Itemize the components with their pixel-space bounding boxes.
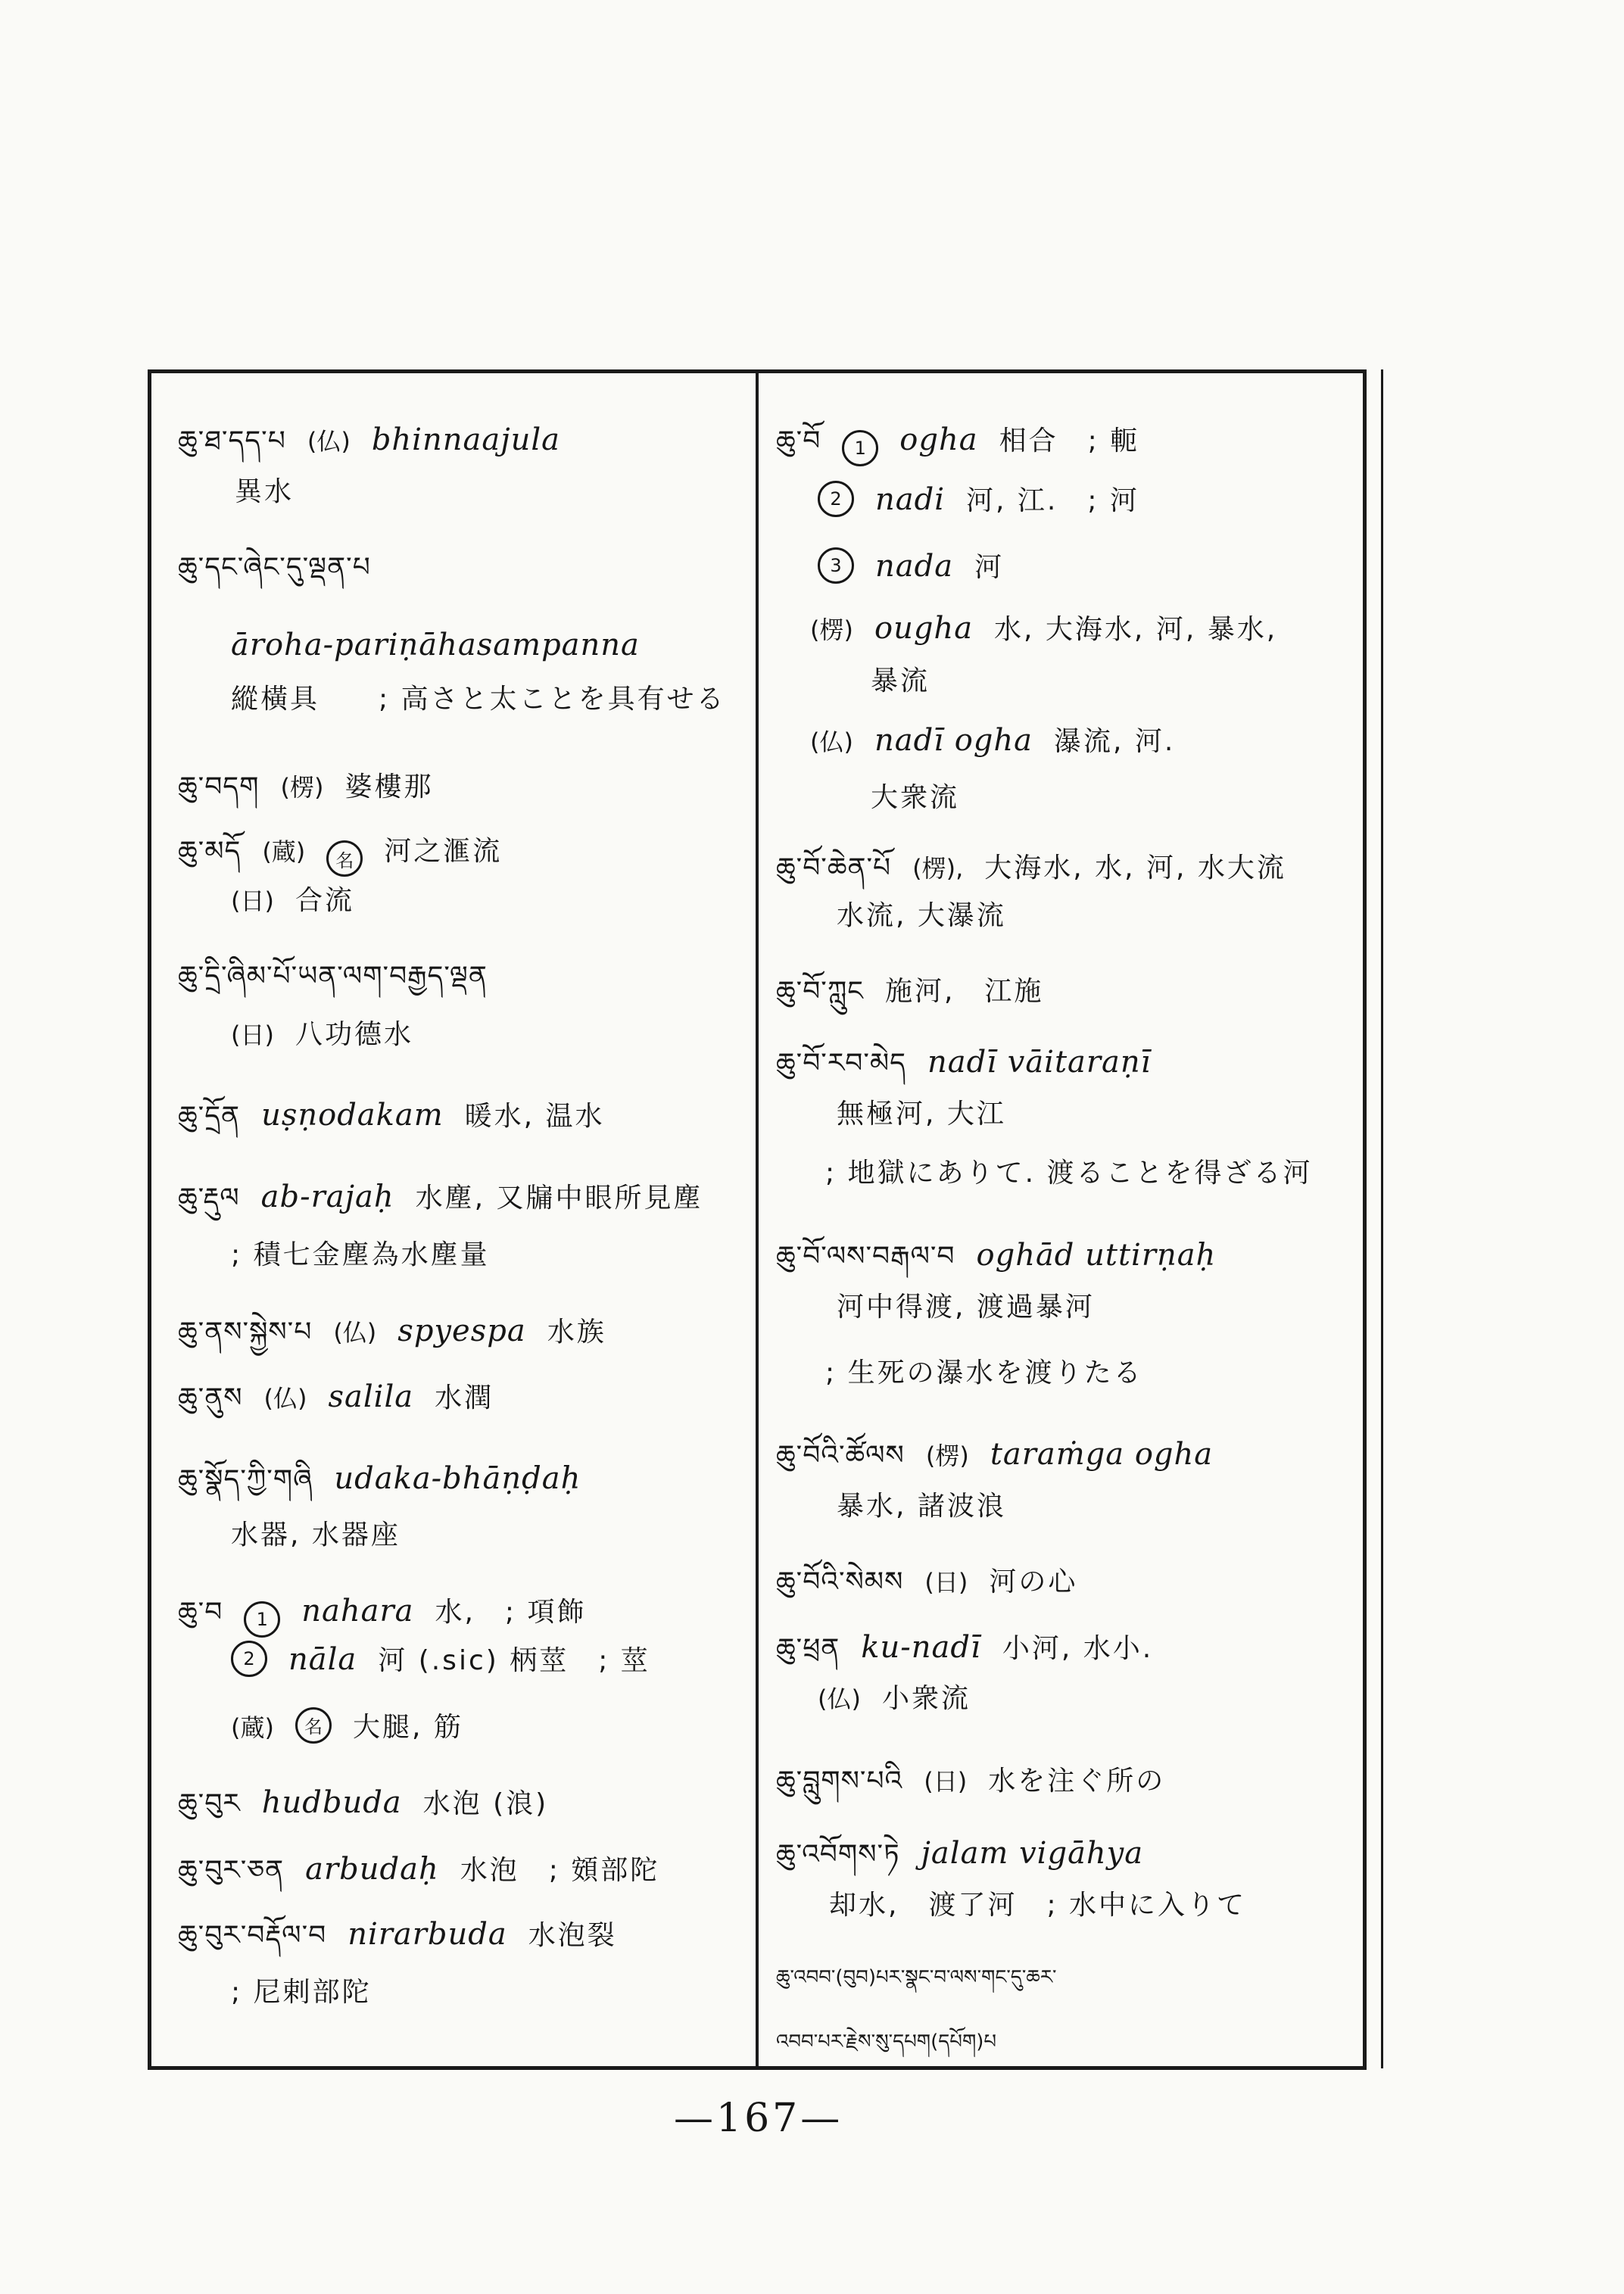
entry-line: ཆུ་བུར hudbuda 水泡 (浪) (178, 1772, 548, 1850)
sanskrit-term: nadi (875, 482, 945, 517)
entry-line: 暴水, 諸波浪 (837, 1485, 1006, 1523)
source-marker: (仏) (264, 1379, 307, 1414)
tibetan-headword: ཆུ་བོའི་སེམས (776, 1551, 903, 1628)
entry-line: ཆུ་བླུགས་པའི (日) 水を注ぐ所の (776, 1750, 1165, 1827)
cjk-gloss: 河之滙流 (384, 830, 502, 868)
sanskrit-term: udaka-bhāṇḍaḥ (334, 1461, 581, 1496)
column-divider (756, 373, 759, 2066)
tibetan-headword: ཆུ་བླུགས་པའི (776, 1750, 902, 1827)
entry-line: (仏) nadī ogha 瀑流, 河. (810, 720, 1175, 759)
cjk-gloss: 水泡 ; 頞部陀 (460, 1849, 660, 1887)
entry-line: འབབ་པར་རྗེས་སུ་དཔག(དཔོག)པ (776, 2020, 996, 2075)
cjk-gloss: 河の心 (989, 1560, 1077, 1599)
entry-line: ; 積七金塵為水塵量 (231, 1233, 490, 1272)
entry-line: 2 nāla 河 (.sic) 柄莖 ; 莖 (231, 1639, 650, 1678)
source-marker: (仏) (307, 422, 351, 457)
entry-line: ཆུ་རྡུལ ab-rajaḥ 水塵, 又牖中眼所見塵 (178, 1167, 703, 1244)
tibetan-headword: ཆུ་དྲོན (178, 1085, 240, 1162)
cjk-gloss: 小衆流 (882, 1677, 971, 1716)
cjk-gloss: 水流, 大瀑流 (837, 894, 1006, 933)
scanned-dictionary-page: { "page": { "number": "—167—", "ink": "#… (0, 0, 1624, 2294)
cjk-gloss: 合流 (295, 879, 354, 918)
cjk-gloss: 暴流 (871, 659, 930, 698)
source-marker: (日) (924, 1563, 968, 1598)
source-marker: (蔵) (262, 833, 305, 868)
sanskrit-term: uṣṇodakam (261, 1098, 444, 1133)
tibetan-continuation: འབབ་པར་རྗེས་སུ་དཔག(དཔོག)པ (776, 2020, 996, 2075)
cjk-gloss: 河 (.sic) 柄莖 ; 莖 (378, 1639, 650, 1678)
entry-line: 河中得渡, 渡過暴河 (837, 1286, 1095, 1324)
sanskrit-term: bhinnaajula (372, 422, 560, 457)
entry-line: 2 nadi 河, 江. ; 河 (818, 479, 1139, 518)
source-marker: (仏) (333, 1314, 376, 1348)
source-marker: (蔵) (231, 1709, 274, 1744)
sanskrit-term: spyespa (397, 1314, 525, 1348)
cjk-gloss: 相合 ; 軛 (999, 419, 1140, 458)
entry-line: 縱橫具 ; 高さと太ことを具有せる (231, 678, 726, 716)
entry-line: ཆུ་བོ 1 ogha 相合 ; 軛 (776, 410, 1139, 487)
sanskrit-term: nāla (288, 1642, 357, 1677)
source-marker: (仏) (818, 1680, 861, 1715)
cjk-gloss: 河中得渡, 渡過暴河 (837, 1286, 1095, 1324)
cjk-gloss: 水を注ぐ所の (988, 1759, 1165, 1798)
sanskrit-term: oghād uttirṇaḥ (977, 1238, 1217, 1273)
tibetan-headword: ཆུ་བོ་ཀླུང (776, 960, 864, 1037)
entry-line: 異水 (235, 470, 294, 509)
sanskrit-term: nadī ogha (874, 723, 1033, 758)
entry-line: 3 nada 河 (818, 546, 1004, 584)
cjk-gloss: 暖水, 温水 (465, 1095, 605, 1133)
cjk-gloss: ; 積七金塵為水塵量 (231, 1233, 490, 1272)
cjk-gloss: 水, 大海水, 河, 暴水, (994, 608, 1277, 647)
entry-line: ; 尼剌部陀 (231, 1971, 372, 2009)
source-marker: (日) (924, 1763, 967, 1797)
cjk-gloss: 水器, 水器座 (231, 1513, 401, 1552)
entry-line: āroha-pariṇāhasampanna (231, 628, 640, 662)
tibetan-headword: ཆུ་བོ (776, 410, 821, 487)
cjk-gloss: 水泡裂 (528, 1914, 617, 1953)
entry-line: ཆུ་འབབ་(བུབ)པར་སྣང་བ་ལས་གང་དུ་ཆར་ (776, 1956, 1056, 2011)
cjk-gloss: 却水, 渡了河 ; 水中に入りて (829, 1884, 1246, 1922)
entry-line: (蔵) 名 大腿, 筋 (231, 1706, 463, 1744)
cjk-gloss: ; 生死の瀑水を渡りたる (825, 1351, 1143, 1390)
circled-number: 2 (231, 1641, 267, 1677)
cjk-gloss: 縱橫具 ; 高さと太ことを具有せる (231, 678, 726, 716)
cjk-gloss: 無極河, 大江 (837, 1092, 1006, 1131)
circled-noun-mark: 名 (326, 840, 363, 877)
entry-line: 却水, 渡了河 ; 水中に入りて (829, 1884, 1246, 1922)
tibetan-headword: ཆུ་བུར་བརྡོལ་བ (178, 1904, 326, 1981)
cjk-gloss: 瀑流, 河. (1054, 720, 1175, 759)
entry-line: (楞) ougha 水, 大海水, 河, 暴水, (810, 608, 1277, 647)
cjk-gloss: 河 (974, 546, 1004, 584)
source-marker: (日) (231, 1016, 274, 1051)
entry-line: ; 地獄にありて. 渡ることを得ざる河 (825, 1152, 1312, 1190)
cjk-gloss: 小河, 水小. (1002, 1627, 1153, 1666)
sanskrit-term: ougha (874, 611, 973, 646)
circled-number: 1 (842, 430, 878, 466)
source-marker: (日) (231, 882, 274, 917)
sanskrit-term: jalam vigāhya (921, 1836, 1144, 1871)
entry-line: 大衆流 (871, 776, 959, 815)
entry-line: ཆུ་བོ་ཀླུང 施河, 江施 (776, 960, 1043, 1037)
sanskrit-term: ku-nadī (861, 1630, 981, 1665)
entry-line: ཆུ་དྲི་ཞིམ་པོ་ཡན་ལག་བརྒྱད་ལྡན (178, 945, 488, 1022)
page-frame: ཆུ་ཐ་དད་པ (仏) bhinnaajula 異水 ཆུ་དང་ཞེང་ད… (148, 369, 1367, 2070)
source-marker: (仏) (810, 723, 853, 758)
tibetan-headword: ཆུ་དང་ཞེང་དུ་ལྡན་པ (178, 536, 371, 613)
cjk-gloss: 暴水, 諸波浪 (837, 1485, 1006, 1523)
circled-noun-mark: 名 (295, 1707, 332, 1744)
entry-line: 水流, 大瀑流 (837, 894, 1006, 933)
entry-line: ཆུ་དང་ཞེང་དུ་ལྡན་པ (178, 536, 371, 613)
circled-number: 2 (818, 481, 854, 517)
sanskrit-term: ab-rajaḥ (261, 1180, 394, 1214)
cjk-gloss: 施河, 江施 (885, 970, 1043, 1008)
sanskrit-term: salila (329, 1379, 414, 1414)
circled-number: 3 (818, 547, 854, 584)
entry-line: ; 生死の瀑水を渡りたる (825, 1351, 1143, 1390)
sanskrit-term: nirarbuda (348, 1917, 507, 1952)
page-number: —167— (674, 2096, 843, 2141)
entry-line: (仏) 小衆流 (818, 1677, 971, 1716)
cjk-gloss: ; 尼剌部陀 (231, 1971, 372, 2009)
entry-line: ཆུ་དྲོན uṣṇodakam 暖水, 温水 (178, 1085, 605, 1162)
cjk-gloss: 水泡 (浪) (423, 1782, 549, 1821)
cjk-gloss: 水潤 (435, 1376, 494, 1415)
source-marker: (楞), (912, 849, 963, 884)
tibetan-headword: ཆུ་བ (178, 1581, 223, 1658)
sanskrit-term: nada (875, 549, 953, 584)
cjk-gloss: 水, ; 項飾 (435, 1591, 586, 1629)
tibetan-headword: ཆུ་ནུས (178, 1367, 243, 1444)
tibetan-headword: ཆུ་རྡུལ (178, 1167, 240, 1244)
cjk-gloss: 大海水, 水, 河, 水大流 (984, 846, 1286, 885)
entry-line: 無極河, 大江 (837, 1092, 1006, 1131)
tibetan-headword: ཆུ་དྲི་ཞིམ་པོ་ཡན་ལག་བརྒྱད་ལྡན (178, 945, 488, 1022)
entry-line: 水器, 水器座 (231, 1513, 401, 1552)
sanskrit-term: taraṁga ogha (990, 1437, 1213, 1472)
sanskrit-term: nahara (301, 1594, 413, 1629)
sanskrit-term: nadī vāitaraṇī (927, 1045, 1151, 1080)
cjk-gloss: 水塵, 又牖中眼所見塵 (416, 1177, 703, 1215)
cjk-gloss: 河, 江. ; 河 (966, 479, 1139, 518)
tibetan-headword: ཆུ་བུར (178, 1772, 241, 1850)
sanskrit-term: ogha (899, 422, 977, 457)
cjk-gloss: 大衆流 (871, 776, 959, 815)
cjk-gloss: 八功德水 (295, 1013, 413, 1052)
outer-right-rule (1381, 369, 1383, 2068)
sanskrit-term: arbudaḥ (305, 1852, 439, 1887)
entry-line: ཆུ་ནུས (仏) salila 水潤 (178, 1367, 494, 1444)
source-marker: (楞) (926, 1437, 969, 1472)
entry-line: ཆུ་བོའི་སེམས (日) 河の心 (776, 1551, 1077, 1628)
cjk-gloss: 婆樓那 (344, 765, 433, 804)
cjk-gloss: 水族 (547, 1311, 606, 1349)
cjk-gloss: ; 地獄にありて. 渡ることを得ざる河 (825, 1152, 1312, 1190)
entry-line: (日) 八功德水 (231, 1013, 413, 1052)
cjk-gloss: 大腿, 筋 (353, 1706, 463, 1744)
source-marker: (楞) (280, 768, 323, 803)
entry-line: ཆུ་བུར་བརྡོལ་བ nirarbuda 水泡裂 (178, 1904, 617, 1981)
entry-line: (日) 合流 (231, 879, 354, 918)
sanskrit-term: āroha-pariṇāhasampanna (231, 628, 640, 662)
circled-number: 1 (244, 1601, 280, 1638)
sanskrit-term: hudbuda (262, 1785, 402, 1820)
entry-line: 暴流 (871, 659, 930, 698)
tibetan-headword: ཆུ་འབབ་(བུབ)པར་སྣང་བ་ལས་གང་དུ་ཆར་ (776, 1956, 1056, 2011)
source-marker: (楞) (810, 611, 853, 646)
cjk-gloss: 異水 (235, 470, 294, 509)
